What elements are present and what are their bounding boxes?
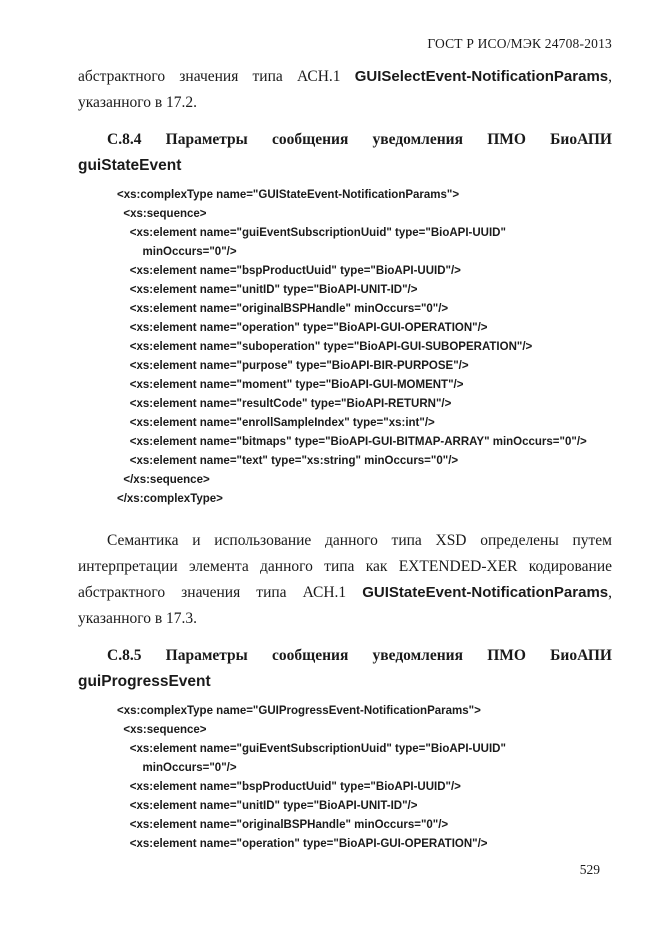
- code-line: </xs:complexType>: [117, 490, 612, 509]
- code-line: <xs:element name="suboperation" type="Bi…: [117, 338, 612, 357]
- xsd-code-block-guistateevent: <xs:complexType name="GUIStateEvent-Noti…: [117, 186, 612, 509]
- paragraph-text: абстрактного значения типа АСН.1: [78, 584, 362, 601]
- code-line: <xs:element name="purpose" type="BioAPI-…: [117, 357, 612, 376]
- asn1-type-name: GUISelectEvent-NotificationParams: [355, 68, 608, 85]
- section-heading-subtitle: guiProgressEvent: [78, 669, 612, 695]
- code-line: <xs:element name="guiEventSubscriptionUu…: [117, 224, 612, 243]
- asn1-type-name: GUIStateEvent-NotificationParams: [362, 584, 608, 601]
- section-heading-title: С.8.5 Параметры сообщения уведомления ПМ…: [78, 643, 612, 669]
- section-heading-c85: С.8.5 Параметры сообщения уведомления ПМ…: [78, 643, 612, 695]
- code-line: <xs:element name="unitID" type="BioAPI-U…: [117, 281, 612, 300]
- code-line: <xs:element name="bspProductUuid" type="…: [117, 262, 612, 281]
- code-line: <xs:complexType name="GUIProgressEvent-N…: [117, 702, 612, 721]
- section-heading-c84: С.8.4 Параметры сообщения уведомления ПМ…: [78, 127, 612, 179]
- standard-reference-header: ГОСТ Р ИСО/МЭК 24708-2013: [78, 36, 612, 52]
- paragraph-line: абстрактного значения типа АСН.1 GUIStat…: [78, 580, 612, 606]
- code-line: <xs:element name="enrollSampleIndex" typ…: [117, 414, 612, 433]
- paragraph-line: указанного в 17.2.: [78, 90, 612, 116]
- section-heading-subtitle: guiStateEvent: [78, 153, 612, 179]
- code-line: <xs:sequence>: [117, 205, 612, 224]
- code-line: <xs:element name="bspProductUuid" type="…: [117, 778, 612, 797]
- code-line: <xs:element name="guiEventSubscriptionUu…: [117, 740, 612, 759]
- paragraph-line: интерпретации элемента данного типа как …: [78, 554, 612, 580]
- paragraph-text: ,: [608, 68, 612, 85]
- code-line: <xs:element name="originalBSPHandle" min…: [117, 300, 612, 319]
- paragraph-line: абстрактного значения типа АСН.1 GUISele…: [78, 64, 612, 90]
- code-line: <xs:element name="unitID" type="BioAPI-U…: [117, 797, 612, 816]
- semantics-paragraph: Семантика и использование данного типа X…: [78, 528, 612, 632]
- code-line: minOccurs="0"/>: [117, 759, 612, 778]
- code-line: <xs:complexType name="GUIStateEvent-Noti…: [117, 186, 612, 205]
- intro-paragraph: абстрактного значения типа АСН.1 GUISele…: [78, 64, 612, 116]
- code-line: </xs:sequence>: [117, 471, 612, 490]
- page-number: 529: [78, 862, 612, 878]
- xsd-code-block-guiprogressevent: <xs:complexType name="GUIProgressEvent-N…: [117, 702, 612, 854]
- code-line: <xs:element name="operation" type="BioAP…: [117, 835, 612, 854]
- paragraph-text: абстрактного значения типа АСН.1: [78, 68, 355, 85]
- paragraph-line: указанного в 17.3.: [78, 606, 612, 632]
- section-heading-title: С.8.4 Параметры сообщения уведомления ПМ…: [78, 127, 612, 153]
- code-line: <xs:element name="originalBSPHandle" min…: [117, 816, 612, 835]
- paragraph-text: ,: [608, 584, 612, 601]
- code-line: <xs:element name="bitmaps" type="BioAPI-…: [117, 433, 612, 452]
- paragraph-line: Семантика и использование данного типа X…: [78, 528, 612, 554]
- code-line: <xs:element name="resultCode" type="BioA…: [117, 395, 612, 414]
- document-page: ГОСТ Р ИСО/МЭК 24708-2013 абстрактного з…: [0, 0, 662, 935]
- code-line: <xs:element name="operation" type="BioAP…: [117, 319, 612, 338]
- code-line: <xs:sequence>: [117, 721, 612, 740]
- code-line: <xs:element name="text" type="xs:string"…: [117, 452, 612, 471]
- code-line: minOccurs="0"/>: [117, 243, 612, 262]
- code-line: <xs:element name="moment" type="BioAPI-G…: [117, 376, 612, 395]
